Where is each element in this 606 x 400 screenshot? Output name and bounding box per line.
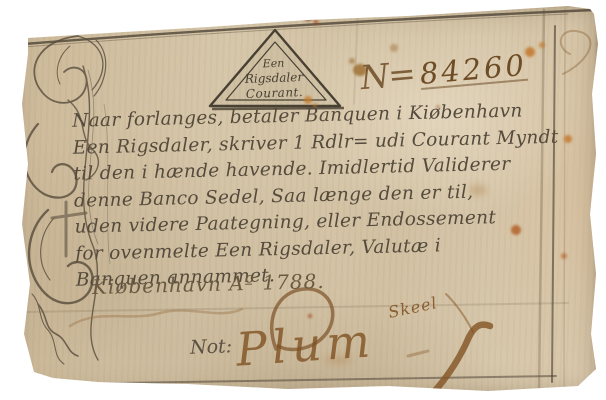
- banknote-paper: Een Rigsdaler Courant. N= 84260 Naar for…: [8, 4, 598, 396]
- notary-signature: Plum: [234, 313, 376, 377]
- promissory-text: Naar forlanges, betaler Banquen i Kiøben…: [72, 97, 581, 294]
- notary-label: Not:: [190, 335, 233, 358]
- clerk-flourish: [446, 294, 473, 332]
- serial-prefix: N=: [359, 54, 417, 98]
- bold-diagonal-stroke: [434, 325, 490, 392]
- bottom-smudge: [408, 351, 428, 356]
- stamp-denomination-text: Een Rigsdaler Courant.: [217, 54, 331, 103]
